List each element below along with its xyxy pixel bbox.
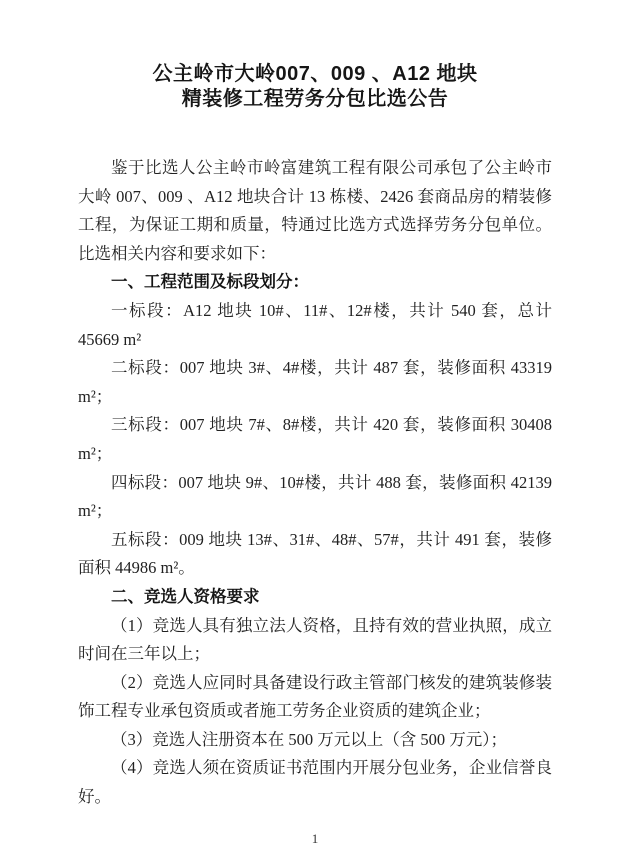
document-title-line1: 公主岭市大岭007、009 、A12 地块 xyxy=(78,62,552,87)
qualification-item-1: （1）竞选人具有独立法人资格，且持有效的营业执照，成立时间在三年以上； xyxy=(78,612,552,669)
section2-heading: 二、竞选人资格要求 xyxy=(78,583,552,612)
intro-paragraph: 鉴于比选人公主岭市岭富建筑工程有限公司承包了公主岭市大岭 007、009 、A1… xyxy=(78,154,552,268)
document-body: 鉴于比选人公主岭市岭富建筑工程有限公司承包了公主岭市大岭 007、009 、A1… xyxy=(78,154,552,812)
bid-section-5: 五标段：009 地块 13#、31#、48#、57#，共计 491 套，装修面积… xyxy=(78,526,552,583)
document-page: 公主岭市大岭007、009 、A12 地块 精装修工程劳务分包比选公告 鉴于比选… xyxy=(0,0,630,861)
bid-section-1: 一标段：A12 地块 10#、11#、12#楼，共计 540 套，总计 4566… xyxy=(78,297,552,354)
section1-heading: 一、工程范围及标段划分： xyxy=(78,268,552,297)
page-number: 1 xyxy=(0,831,630,847)
document-title-line2: 精装修工程劳务分包比选公告 xyxy=(78,87,552,112)
qualification-item-3: （3）竞选人注册资本在 500 万元以上（含 500 万元）； xyxy=(78,726,552,755)
bid-section-2: 二标段：007 地块 3#、4#楼，共计 487 套，装修面积 43319 m²… xyxy=(78,354,552,411)
qualification-item-4: （4）竞选人须在资质证书范围内开展分包业务，企业信誉良好。 xyxy=(78,754,552,811)
document-title: 公主岭市大岭007、009 、A12 地块 精装修工程劳务分包比选公告 xyxy=(78,62,552,112)
bid-section-3: 三标段：007 地块 7#、8#楼，共计 420 套，装修面积 30408 m²… xyxy=(78,411,552,468)
qualification-item-2: （2）竞选人应同时具备建设行政主管部门核发的建筑装修装饰工程专业承包资质或者施工… xyxy=(78,669,552,726)
bid-section-4: 四标段：007 地块 9#、10#楼，共计 488 套，装修面积 42139 m… xyxy=(78,469,552,526)
